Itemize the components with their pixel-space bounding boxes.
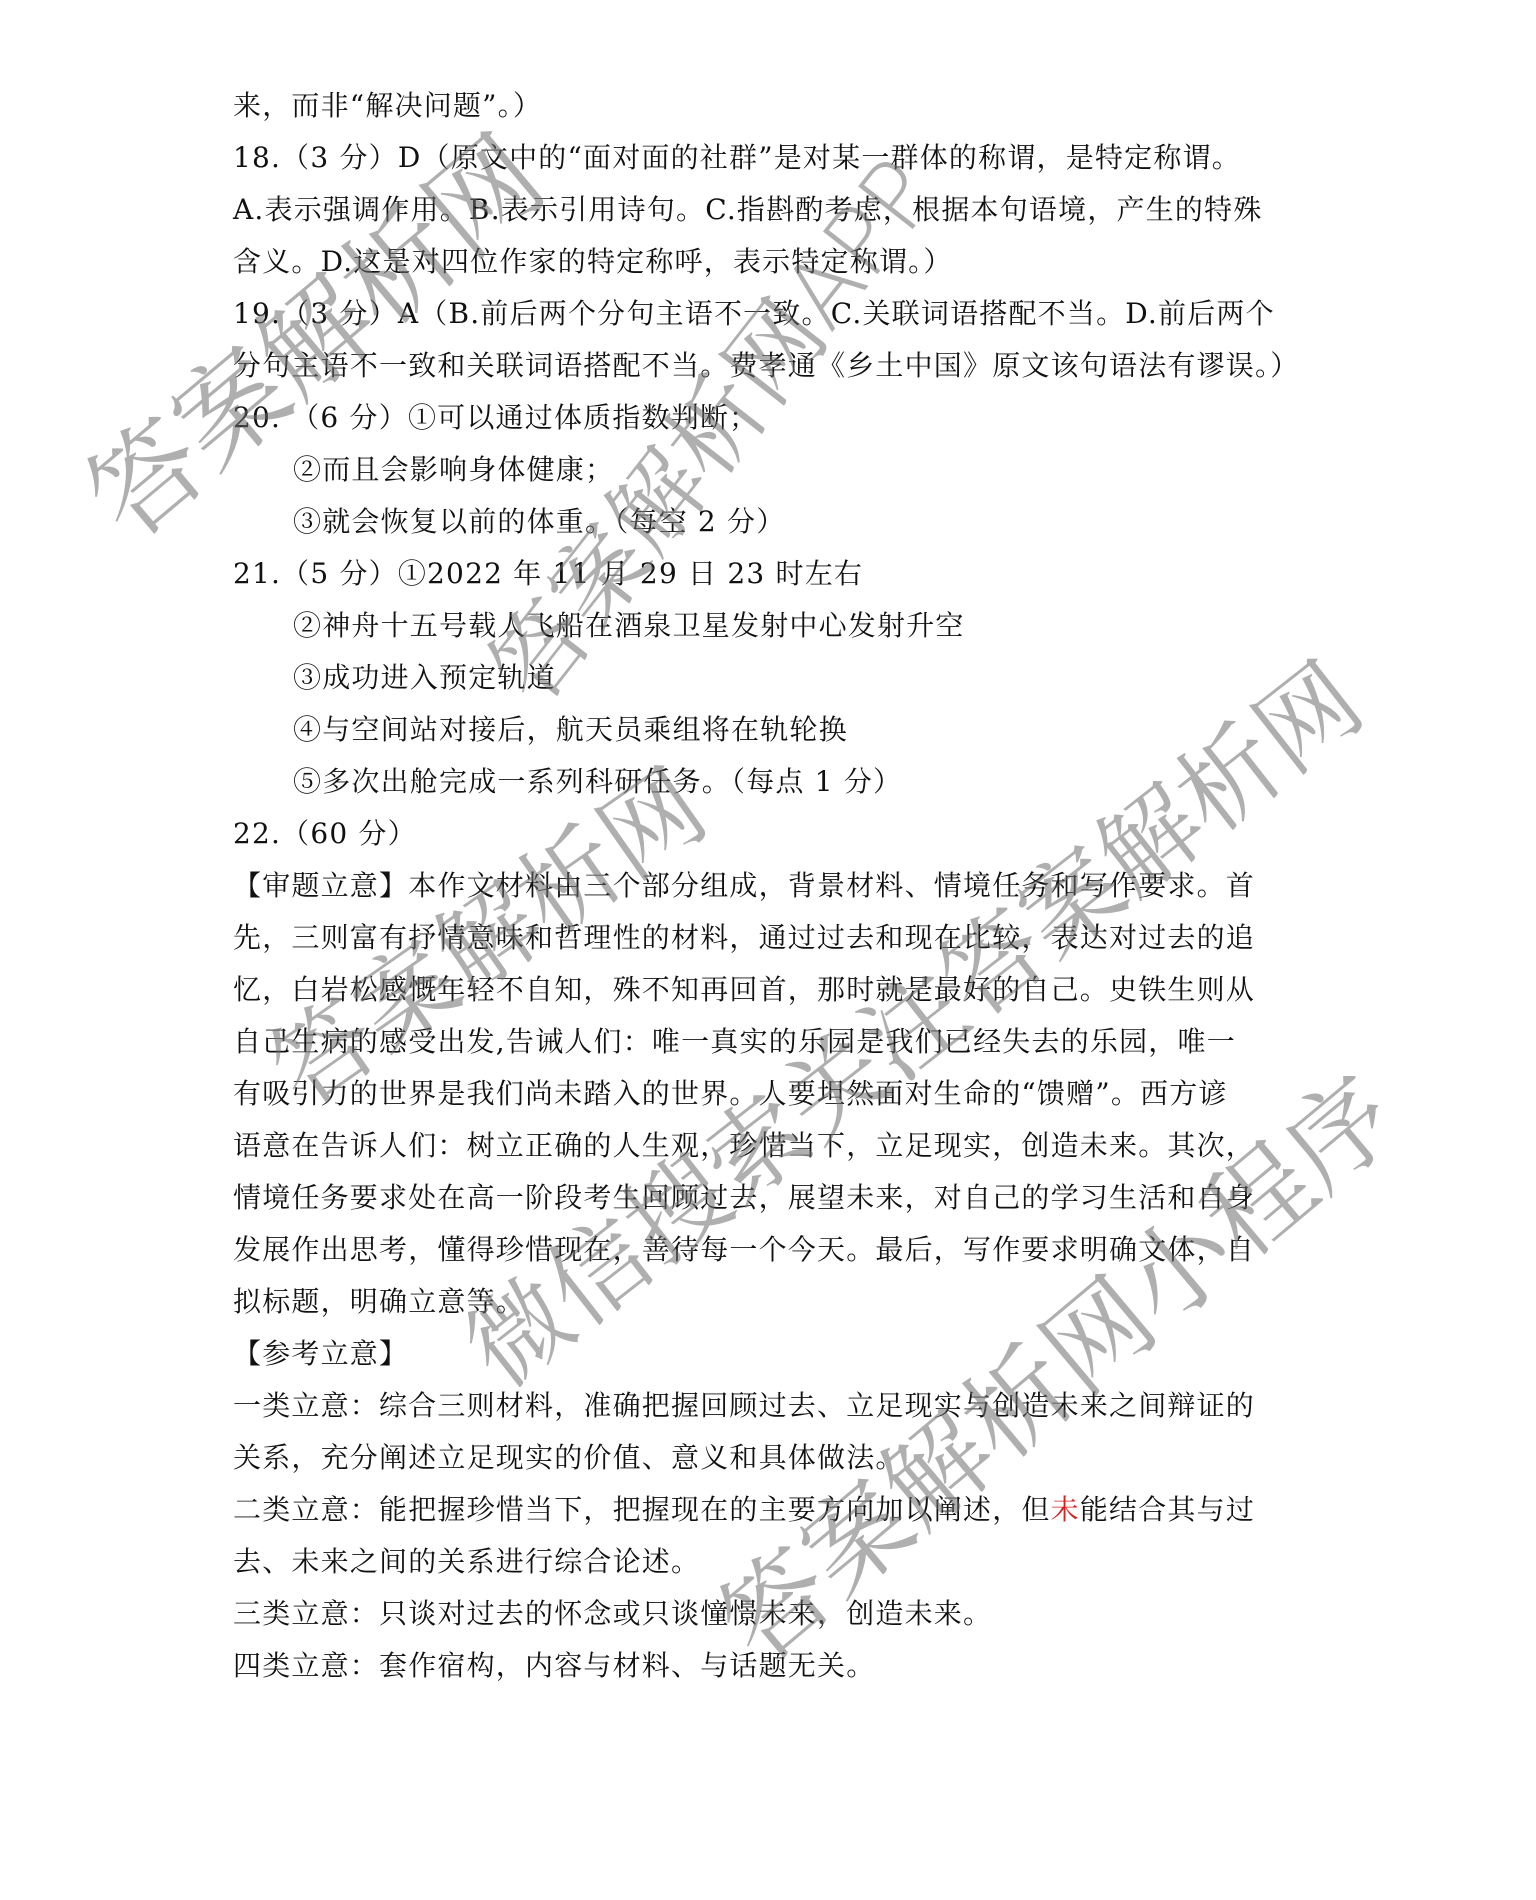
- text-line: 发展作出思考，懂得珍惜现在，善待每一个今天。最后，写作要求明确文体，自: [233, 1224, 1313, 1276]
- text-line: 语意在告诉人们：树立正确的人生观，珍惜当下，立足现实，创造未来。其次，: [233, 1120, 1313, 1172]
- text-line: 有吸引力的世界是我们尚未踏入的世界。人要坦然面对生命的“馈赠”。西方谚: [233, 1068, 1313, 1120]
- category-3-intent: 三类立意：只谈对过去的怀念或只谈憧憬未来，创造未来。: [233, 1588, 1313, 1640]
- text-line: 分句主语不一致和关联词语搭配不当。费孝通《乡土中国》原文该句语法有谬误。）: [233, 340, 1313, 392]
- text-line: ②神舟十五号载人飞船在酒泉卫星发射中心发射升空: [233, 600, 1313, 652]
- document-page: 来，而非“解决问题”。） 18.（3 分）D（原文中的“面对面的社群”是对某一群…: [0, 0, 1536, 1900]
- category-1-intent: 一类立意：综合三则材料，准确把握回顾过去、立足现实与创造未来之间辩证的: [233, 1380, 1313, 1432]
- question-18-answer: 18.（3 分）D（原文中的“面对面的社群”是对某一群体的称谓，是特定称谓。: [233, 132, 1313, 184]
- text-segment: 能结合其与过: [1080, 1493, 1255, 1526]
- text-line: ③成功进入预定轨道: [233, 652, 1313, 704]
- text-segment: 二类立意：能把握珍惜当下，把握现在的主要方向加以阐述，但: [233, 1493, 1051, 1526]
- text-line: 自己生病的感受出发,告诫人们：唯一真实的乐园是我们已经失去的乐园，唯一: [233, 1016, 1313, 1068]
- text-line: ⑤多次出舱完成一系列科研任务。（每点 1 分）: [233, 756, 1313, 808]
- text-line: ②而且会影响身体健康；: [233, 444, 1313, 496]
- answer-key-content: 来，而非“解决问题”。） 18.（3 分）D（原文中的“面对面的社群”是对某一群…: [233, 80, 1313, 1692]
- question-21-answer: 21.（5 分）①2022 年 11 月 29 日 23 时左右: [233, 548, 1313, 600]
- text-line: 来，而非“解决问题”。）: [233, 80, 1313, 132]
- text-line: 关系，充分阐述立足现实的价值、意义和具体做法。: [233, 1432, 1313, 1484]
- question-19-answer: 19.（3 分）A（B.前后两个分句主语不一致。C.关联词语搭配不当。D.前后两…: [233, 288, 1313, 340]
- question-20-answer: 20. （6 分）①可以通过体质指数判断；: [233, 392, 1313, 444]
- text-line: ④与空间站对接后，航天员乘组将在轨轮换: [233, 704, 1313, 756]
- highlighted-char: 未: [1051, 1493, 1080, 1526]
- category-4-intent: 四类立意：套作宿构，内容与材料、与话题无关。: [233, 1640, 1313, 1692]
- text-line: A.表示强调作用。B.表示引用诗句。C.指斟酌考虑，根据本句语境，产生的特殊: [233, 184, 1313, 236]
- text-line: 忆，白岩松感慨年轻不自知，殊不知再回首，那时就是最好的自己。史铁生则从: [233, 964, 1313, 1016]
- text-line: 含义。D.这是对四位作家的特定称呼，表示特定称谓。）: [233, 236, 1313, 288]
- text-line: 去、未来之间的关系进行综合论述。: [233, 1536, 1313, 1588]
- section-review-intent: 【审题立意】本作文材料由三个部分组成，背景材料、情境任务和写作要求。首: [233, 860, 1313, 912]
- text-line: 拟标题，明确立意等。: [233, 1276, 1313, 1328]
- text-line: 先，三则富有抒情意味和哲理性的材料，通过过去和现在比较，表达对过去的追: [233, 912, 1313, 964]
- section-reference-intent: 【参考立意】: [233, 1328, 1313, 1380]
- text-line: 情境任务要求处在高一阶段考生回顾过去，展望未来，对自己的学习生活和自身: [233, 1172, 1313, 1224]
- category-2-intent: 二类立意：能把握珍惜当下，把握现在的主要方向加以阐述，但未能结合其与过: [233, 1484, 1313, 1536]
- text-line: ③就会恢复以前的体重。（每空 2 分）: [233, 496, 1313, 548]
- question-22-heading: 22.（60 分）: [233, 808, 1313, 860]
